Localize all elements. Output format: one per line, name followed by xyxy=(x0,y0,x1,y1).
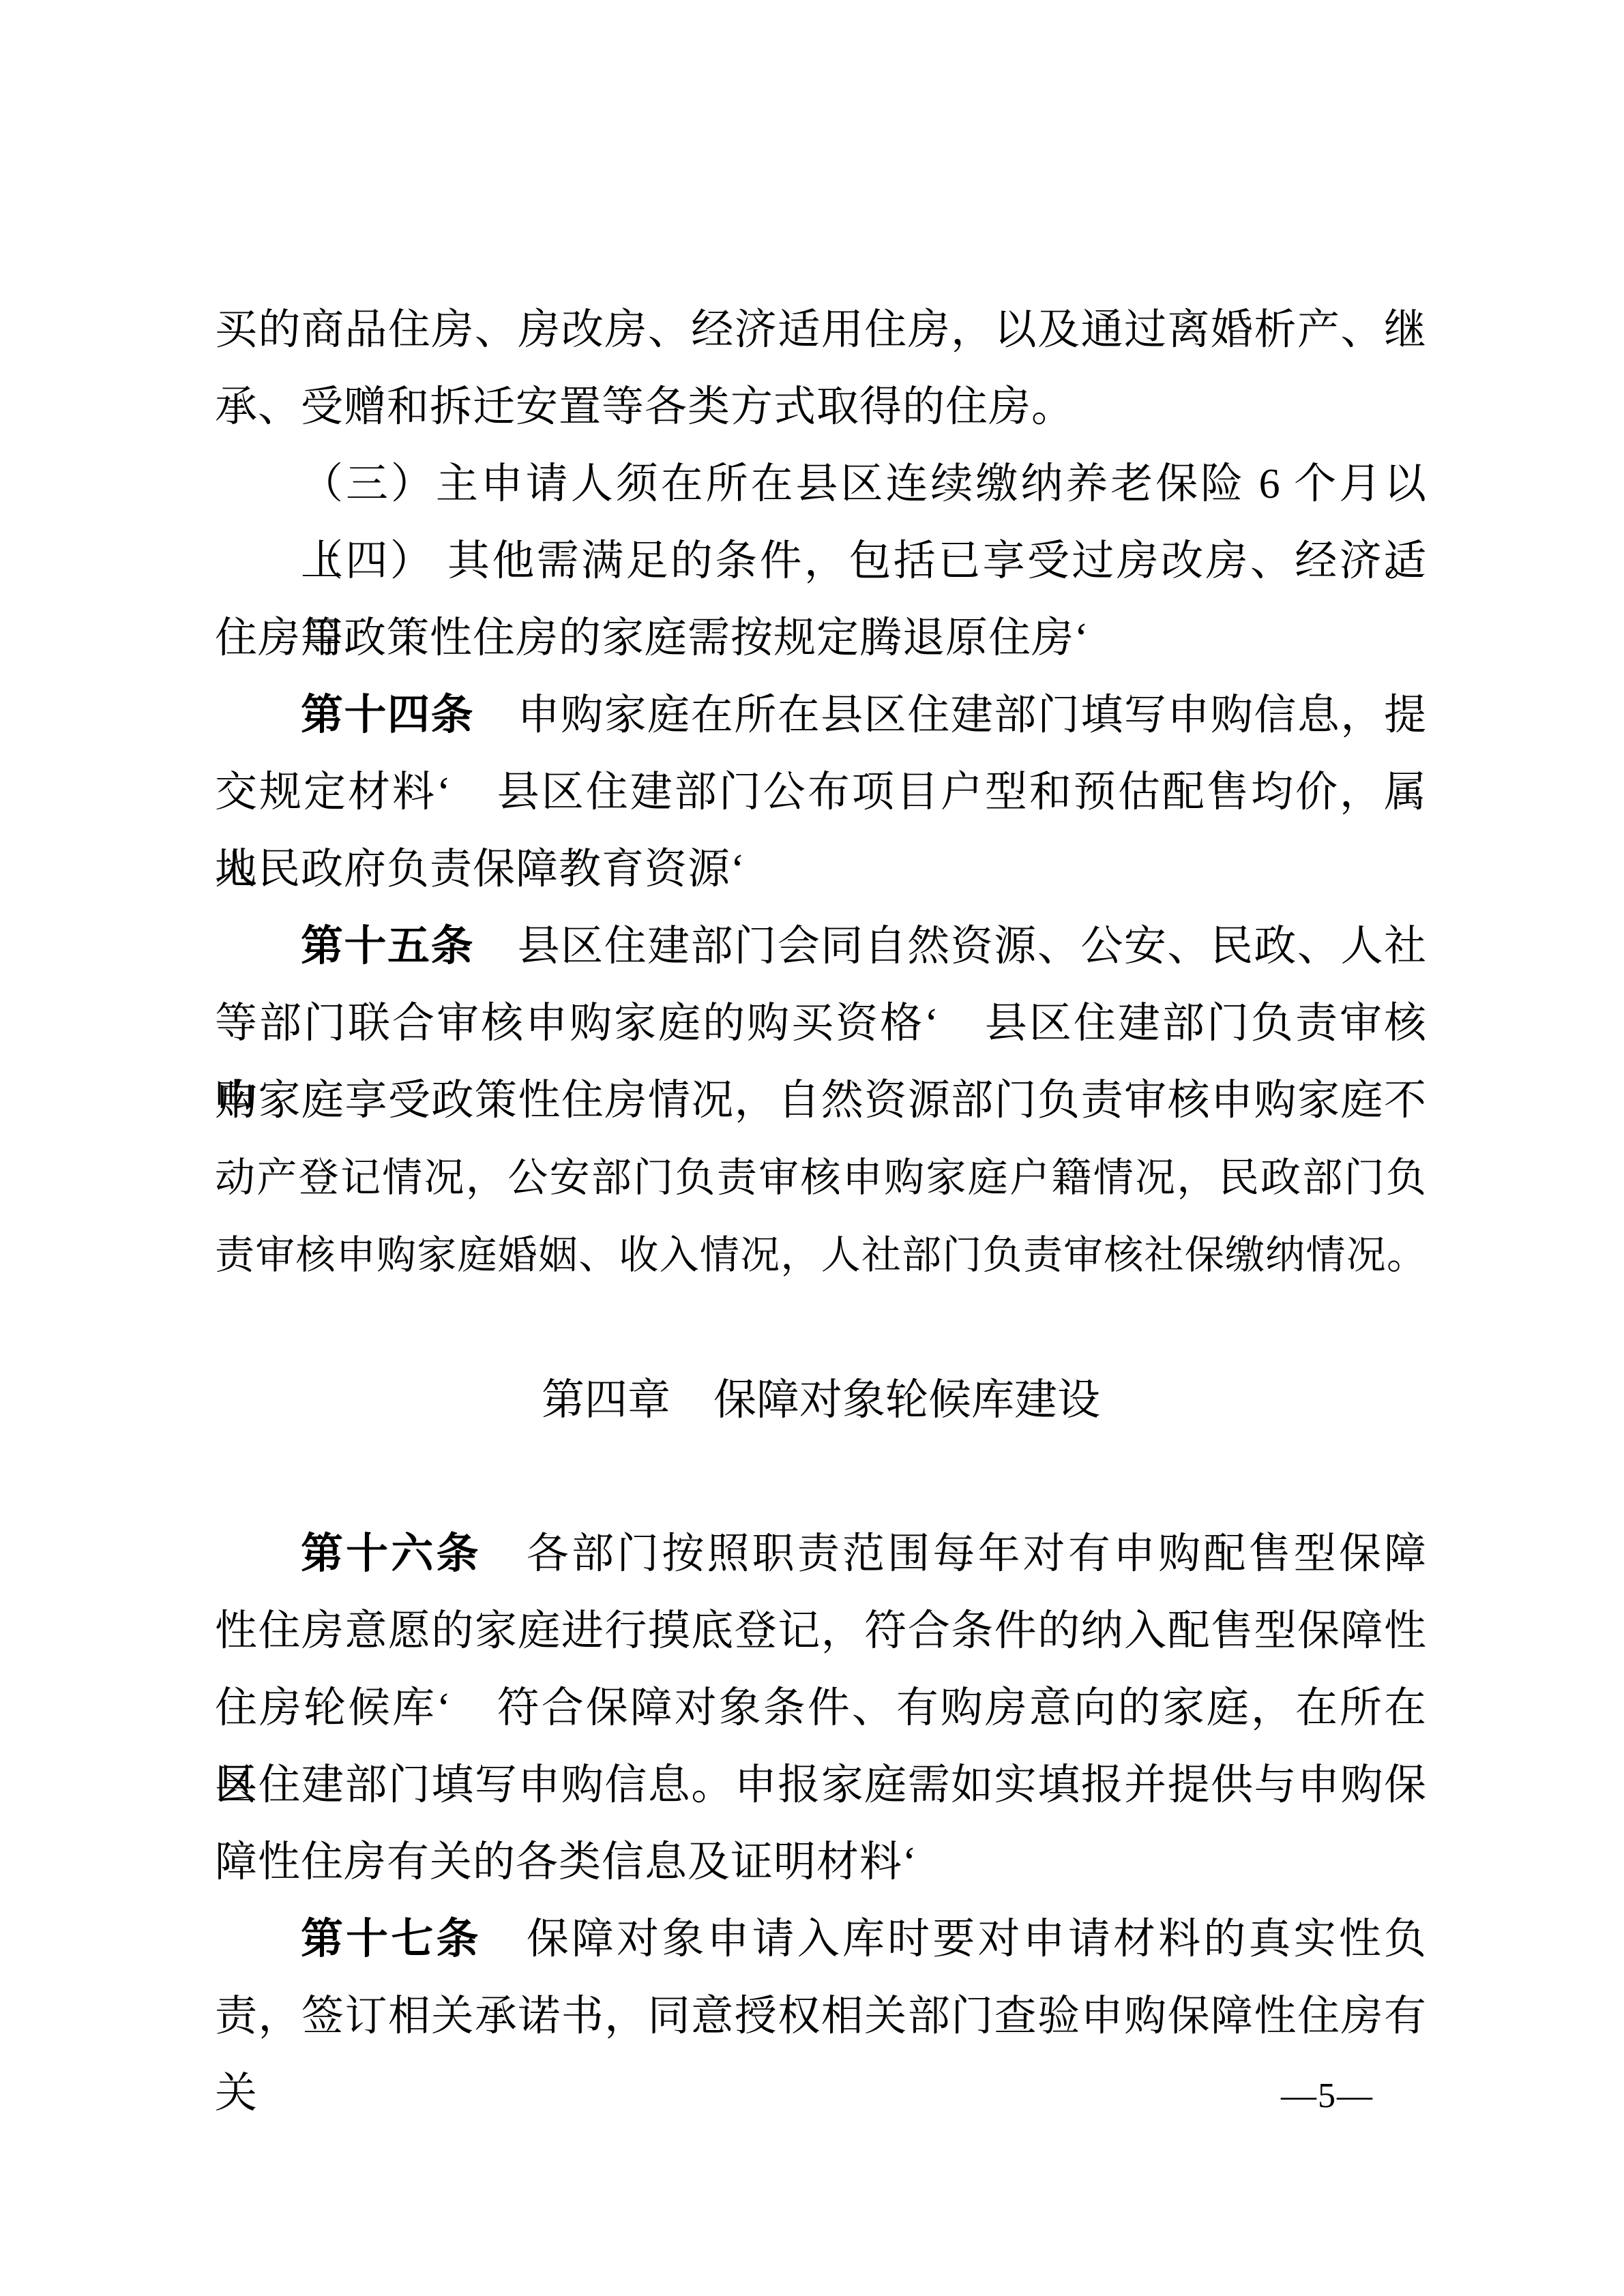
article-15-text: 县区住建部门会同自然资源、公安、民政、人社 xyxy=(474,923,1427,970)
page-number: —5— xyxy=(1281,2076,1374,2117)
body-line-8: 人民政府负责保障教育资源‘ xyxy=(215,831,1427,908)
body-line-11: 购家庭享受政策性住房情况，自然资源部门负责审核申购家庭不 xyxy=(215,1062,1427,1139)
article-14-label: 第十四条 xyxy=(301,692,474,739)
blank-line xyxy=(215,1294,1427,1362)
body-line-19-article-17: 第十七条 保障对象申请入库时要对申请材料的真实性负 xyxy=(215,1901,1427,1978)
body-line-2: 承、受赠和拆迁安置等各类方式取得的住房。 xyxy=(215,369,1427,446)
body-line-1: 买的商品住房、房改房、经济适用住房，以及通过离婚析产、继 xyxy=(215,292,1427,369)
body-line-4-item-four: （四） 其他需满足的条件，包括已享受过房改房、经济适用 xyxy=(215,523,1427,600)
body-line-20: 责，签订相关承诺书，同意授权相关部门查验申购保障性住房有关 xyxy=(215,1978,1427,2055)
body-line-3-item-three: （三）主申请人须在所在县区连续缴纳养老保险 6 个月以上。 xyxy=(215,446,1427,523)
body-line-5: 住房等政策性住房的家庭需按规定腾退原住房‘ xyxy=(215,600,1427,677)
document-page: 买的商品住房、房改房、经济适用住房，以及通过离婚析产、继 承、受赠和拆迁安置等各… xyxy=(0,0,1624,2296)
body-line-17: 区住建部门填写申购信息。申报家庭需如实填报并提供与申购保 xyxy=(215,1747,1427,1824)
body-line-18: 障性住房有关的各类信息及证明材料‘ xyxy=(215,1824,1427,1901)
body-line-13: 责审核申购家庭婚姻、收入情况，人社部门负责审核社保缴纳情况。 xyxy=(215,1217,1427,1294)
chapter-heading: 第四章 保障对象轮候库建设 xyxy=(215,1362,1427,1439)
body-line-12: 动产登记情况，公安部门负责审核申购家庭户籍情况，民政部门负 xyxy=(215,1139,1427,1217)
body-line-7: 交规定材料‘ 县区住建部门公布项目户型和预估配售均价，属地 xyxy=(215,754,1427,831)
body-line-16: 住房轮候库‘ 符合保障对象条件、有购房意向的家庭，在所在县 xyxy=(215,1670,1427,1747)
body-line-10: 等部门联合审核申购家庭的购买资格‘ 县区住建部门负责审核申 xyxy=(215,985,1427,1062)
body-line-6-article-14: 第十四条 申购家庭在所在县区住建部门填写申购信息，提 xyxy=(215,677,1427,754)
body-line-14-article-16: 第十六条 各部门按照职责范围每年对有申购配售型保障 xyxy=(215,1516,1427,1593)
blank-line xyxy=(215,1439,1427,1516)
document-text-block: 买的商品住房、房改房、经济适用住房，以及通过离婚析产、继 承、受赠和拆迁安置等各… xyxy=(215,292,1427,2055)
body-line-9-article-15: 第十五条 县区住建部门会同自然资源、公安、民政、人社 xyxy=(215,908,1427,985)
article-16-text: 各部门按照职责范围每年对有申购配售型保障 xyxy=(482,1531,1427,1577)
article-14-text: 申购家庭在所在县区住建部门填写申购信息，提 xyxy=(474,692,1427,739)
article-17-label: 第十七条 xyxy=(301,1916,482,1963)
body-line-15: 性住房意愿的家庭进行摸底登记，符合条件的纳入配售型保障性 xyxy=(215,1593,1427,1670)
article-16-label: 第十六条 xyxy=(301,1531,482,1577)
article-15-label: 第十五条 xyxy=(301,923,474,970)
article-17-text: 保障对象申请入库时要对申请材料的真实性负 xyxy=(482,1916,1427,1963)
